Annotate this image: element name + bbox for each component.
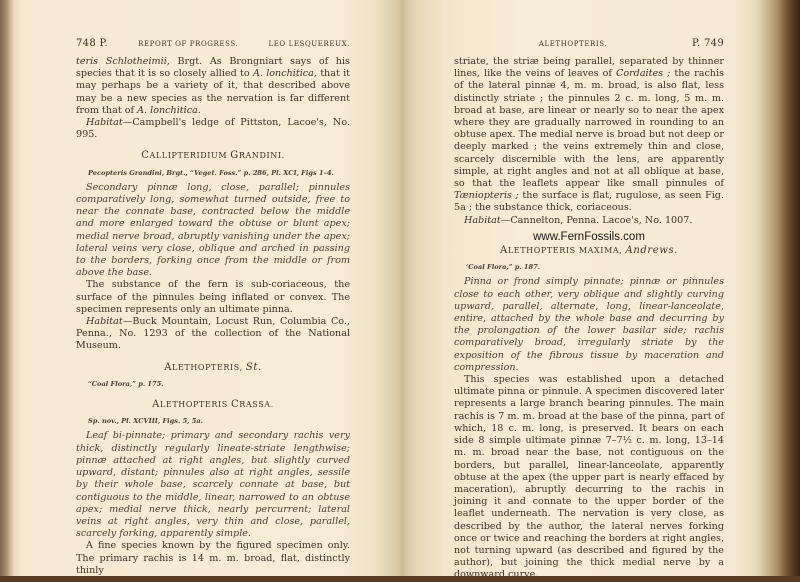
section-heading-alethopteris-crassa: ALETHOPTERIS CRASSA. bbox=[76, 399, 350, 411]
citation-reference: Sp. nov., Pl. XCVIII, Figs. 5, 5a. bbox=[88, 415, 350, 427]
right-page-number: P. 749 bbox=[692, 38, 724, 50]
watermark-url: www.FernFossils.com bbox=[454, 231, 724, 243]
citation-reference: ‘Coal Flora,” p. 187. bbox=[466, 261, 724, 273]
left-running-author: LEO LESQUEREUX. bbox=[268, 38, 350, 50]
species-description: Pinna or frond simply pinnate; pinnæ or … bbox=[454, 276, 724, 374]
left-page-number: 748 P. bbox=[76, 38, 108, 50]
habitat-paragraph: Habitat—Buck Mountain, Locust Run, Colum… bbox=[76, 316, 350, 353]
left-running-title: REPORT OF PROGRESS. bbox=[138, 38, 238, 50]
right-page: ALETHOPTERIS. P. 749 striate, the striæ … bbox=[404, 0, 800, 578]
right-page-text-column: ALETHOPTERIS. P. 749 striate, the striæ … bbox=[454, 38, 724, 582]
species-name: teris Schlotheimii bbox=[76, 56, 167, 67]
species-description: Leaf bi-pinnate; primary and secondary r… bbox=[76, 430, 350, 540]
right-running-title: ALETHOPTERIS. bbox=[454, 38, 692, 50]
section-heading-alethopteris: ALETHOPTERIS, St. bbox=[76, 362, 350, 374]
right-running-header: ALETHOPTERIS. P. 749 bbox=[454, 38, 724, 52]
section-heading-callipteridium-grandini: CALLIPTERIDIUM GRANDINI. bbox=[76, 150, 350, 162]
habitat-paragraph: Habitat—Campbell's ledge of Pittston, La… bbox=[76, 117, 350, 141]
open-book: 748 P. REPORT OF PROGRESS. LEO LESQUEREU… bbox=[0, 0, 800, 582]
habitat-paragraph: Habitat—Cannelton, Penna. Lacoe's, No. 1… bbox=[454, 215, 724, 227]
left-running-header: 748 P. REPORT OF PROGRESS. LEO LESQUEREU… bbox=[76, 38, 350, 52]
species-description: Secondary pinnæ long, close, parallel; p… bbox=[76, 182, 350, 280]
body-paragraph: A fine species known by the figured spec… bbox=[76, 540, 350, 577]
left-page: 748 P. REPORT OF PROGRESS. LEO LESQUEREU… bbox=[0, 0, 404, 578]
citation-reference: “Coal Flora,” p. 175. bbox=[88, 378, 350, 390]
book-bottom-edge bbox=[0, 576, 800, 582]
citation-reference: Pecopteris Grandini, Brgt., “Veget. Foss… bbox=[88, 167, 350, 179]
section-heading-alethopteris-maxima: ALETHOPTERIS MAXIMA, Andrews. bbox=[454, 245, 724, 257]
left-page-text-column: 748 P. REPORT OF PROGRESS. LEO LESQUEREU… bbox=[76, 38, 350, 577]
body-paragraph: This species was established upon a deta… bbox=[454, 374, 724, 581]
body-paragraph: The substance of the fern is sub-coriace… bbox=[76, 279, 350, 316]
continued-paragraph: teris Schlotheimii, Brgt. As Brongniart … bbox=[76, 56, 350, 117]
continued-paragraph: striate, the striæ being parallel, separ… bbox=[454, 56, 724, 215]
